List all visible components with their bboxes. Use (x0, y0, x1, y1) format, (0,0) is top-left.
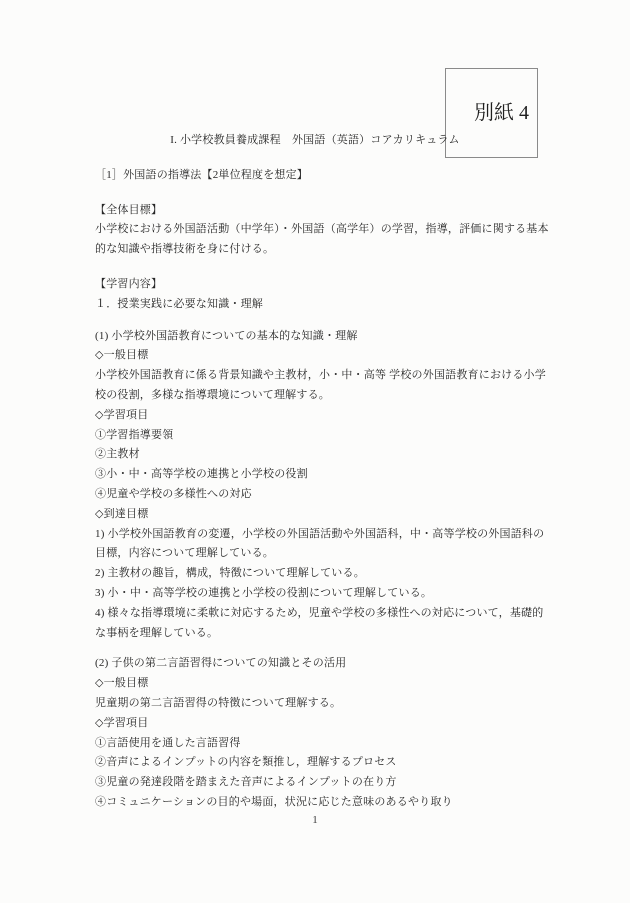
overall-goal-text-line: 的な知識や指導技術を身に付ける。 (95, 240, 535, 260)
section2-study-items-heading: ◇学習項目 (95, 714, 535, 734)
section1-study-items-heading: ◇学習項目 (95, 406, 535, 426)
learning-content-item: １．授業実践に必要な知識・理解 (95, 295, 535, 315)
section1-study-item: ②主教材 (95, 445, 535, 465)
section1-attainment-line: 2) 主教材の趣旨，構成，特徴について理解している。 (95, 564, 535, 584)
section2-study-item: ①言語使用を通した言語習得 (95, 734, 535, 754)
document-title: I. 小学校教員養成課程 外国語（英語）コアカリキュラム (95, 131, 535, 151)
section1-attainment-line: 4) 様々な指導環境に柔軟に対応するため，児童や学校の多様性への対応について，基… (95, 604, 535, 624)
page-number: 1 (0, 812, 630, 828)
section1-attainment-line: な事柄を理解している。 (95, 624, 535, 644)
section2-study-item: ②音声によるインプットの内容を類推し，理解するプロセス (95, 753, 535, 773)
overall-goal-heading: 【全体目標】 (95, 201, 535, 221)
section1-study-item: ①学習指導要領 (95, 426, 535, 446)
section1-attainment-line: 目標，内容について理解している。 (95, 544, 535, 564)
section1-study-item: ④児童や学校の多様性への対応 (95, 485, 535, 505)
section1-general-goal-line: 小学校外国語教育に係る背景知識や主教材，小・中・高等 学校の外国語教育における小… (95, 366, 535, 386)
course-heading: ［1］外国語の指導法【2単位程度を想定】 (95, 166, 535, 186)
section1-attainment-heading: ◇到達目標 (95, 505, 535, 525)
section2-general-goal-heading: ◇一般目標 (95, 674, 535, 694)
section2-study-item: ④コミュニケーションの目的や場面，状況に応じた意味のあるやり取り (95, 793, 535, 813)
section1-study-item: ③小・中・高等学校の連携と小学校の役割 (95, 465, 535, 485)
section2-heading: (2) 子供の第二言語習得についての知識とその活用 (95, 654, 535, 674)
document-content: I. 小学校教員養成課程 外国語（英語）コアカリキュラム ［1］外国語の指導法【… (95, 0, 535, 813)
document-page: 別紙 4 I. 小学校教員養成課程 外国語（英語）コアカリキュラム ［1］外国語… (0, 0, 630, 903)
section1-heading: (1) 小学校外国語教育についての基本的な知識・理解 (95, 327, 535, 347)
overall-goal-text-line: 小学校における外国語活動（中学年）・外国語（高学年）の学習，指導，評価に関する基… (95, 220, 535, 240)
section1-general-goal-line: 校の役割，多様な指導環境について理解する。 (95, 386, 535, 406)
section1-attainment-line: 3) 小・中・高等学校の連携と小学校の役割について理解している。 (95, 584, 535, 604)
learning-content-heading: 【学習内容】 (95, 275, 535, 295)
section1-attainment-line: 1) 小学校外国語教育の変遷，小学校の外国語活動や外国語科，中・高等学校の外国語… (95, 525, 535, 545)
section2-general-goal-line: 児童期の第二言語習得の特徴について理解する。 (95, 694, 535, 714)
section1-general-goal-heading: ◇一般目標 (95, 346, 535, 366)
section2-study-item: ③児童の発達段階を踏まえた音声によるインプットの在り方 (95, 773, 535, 793)
